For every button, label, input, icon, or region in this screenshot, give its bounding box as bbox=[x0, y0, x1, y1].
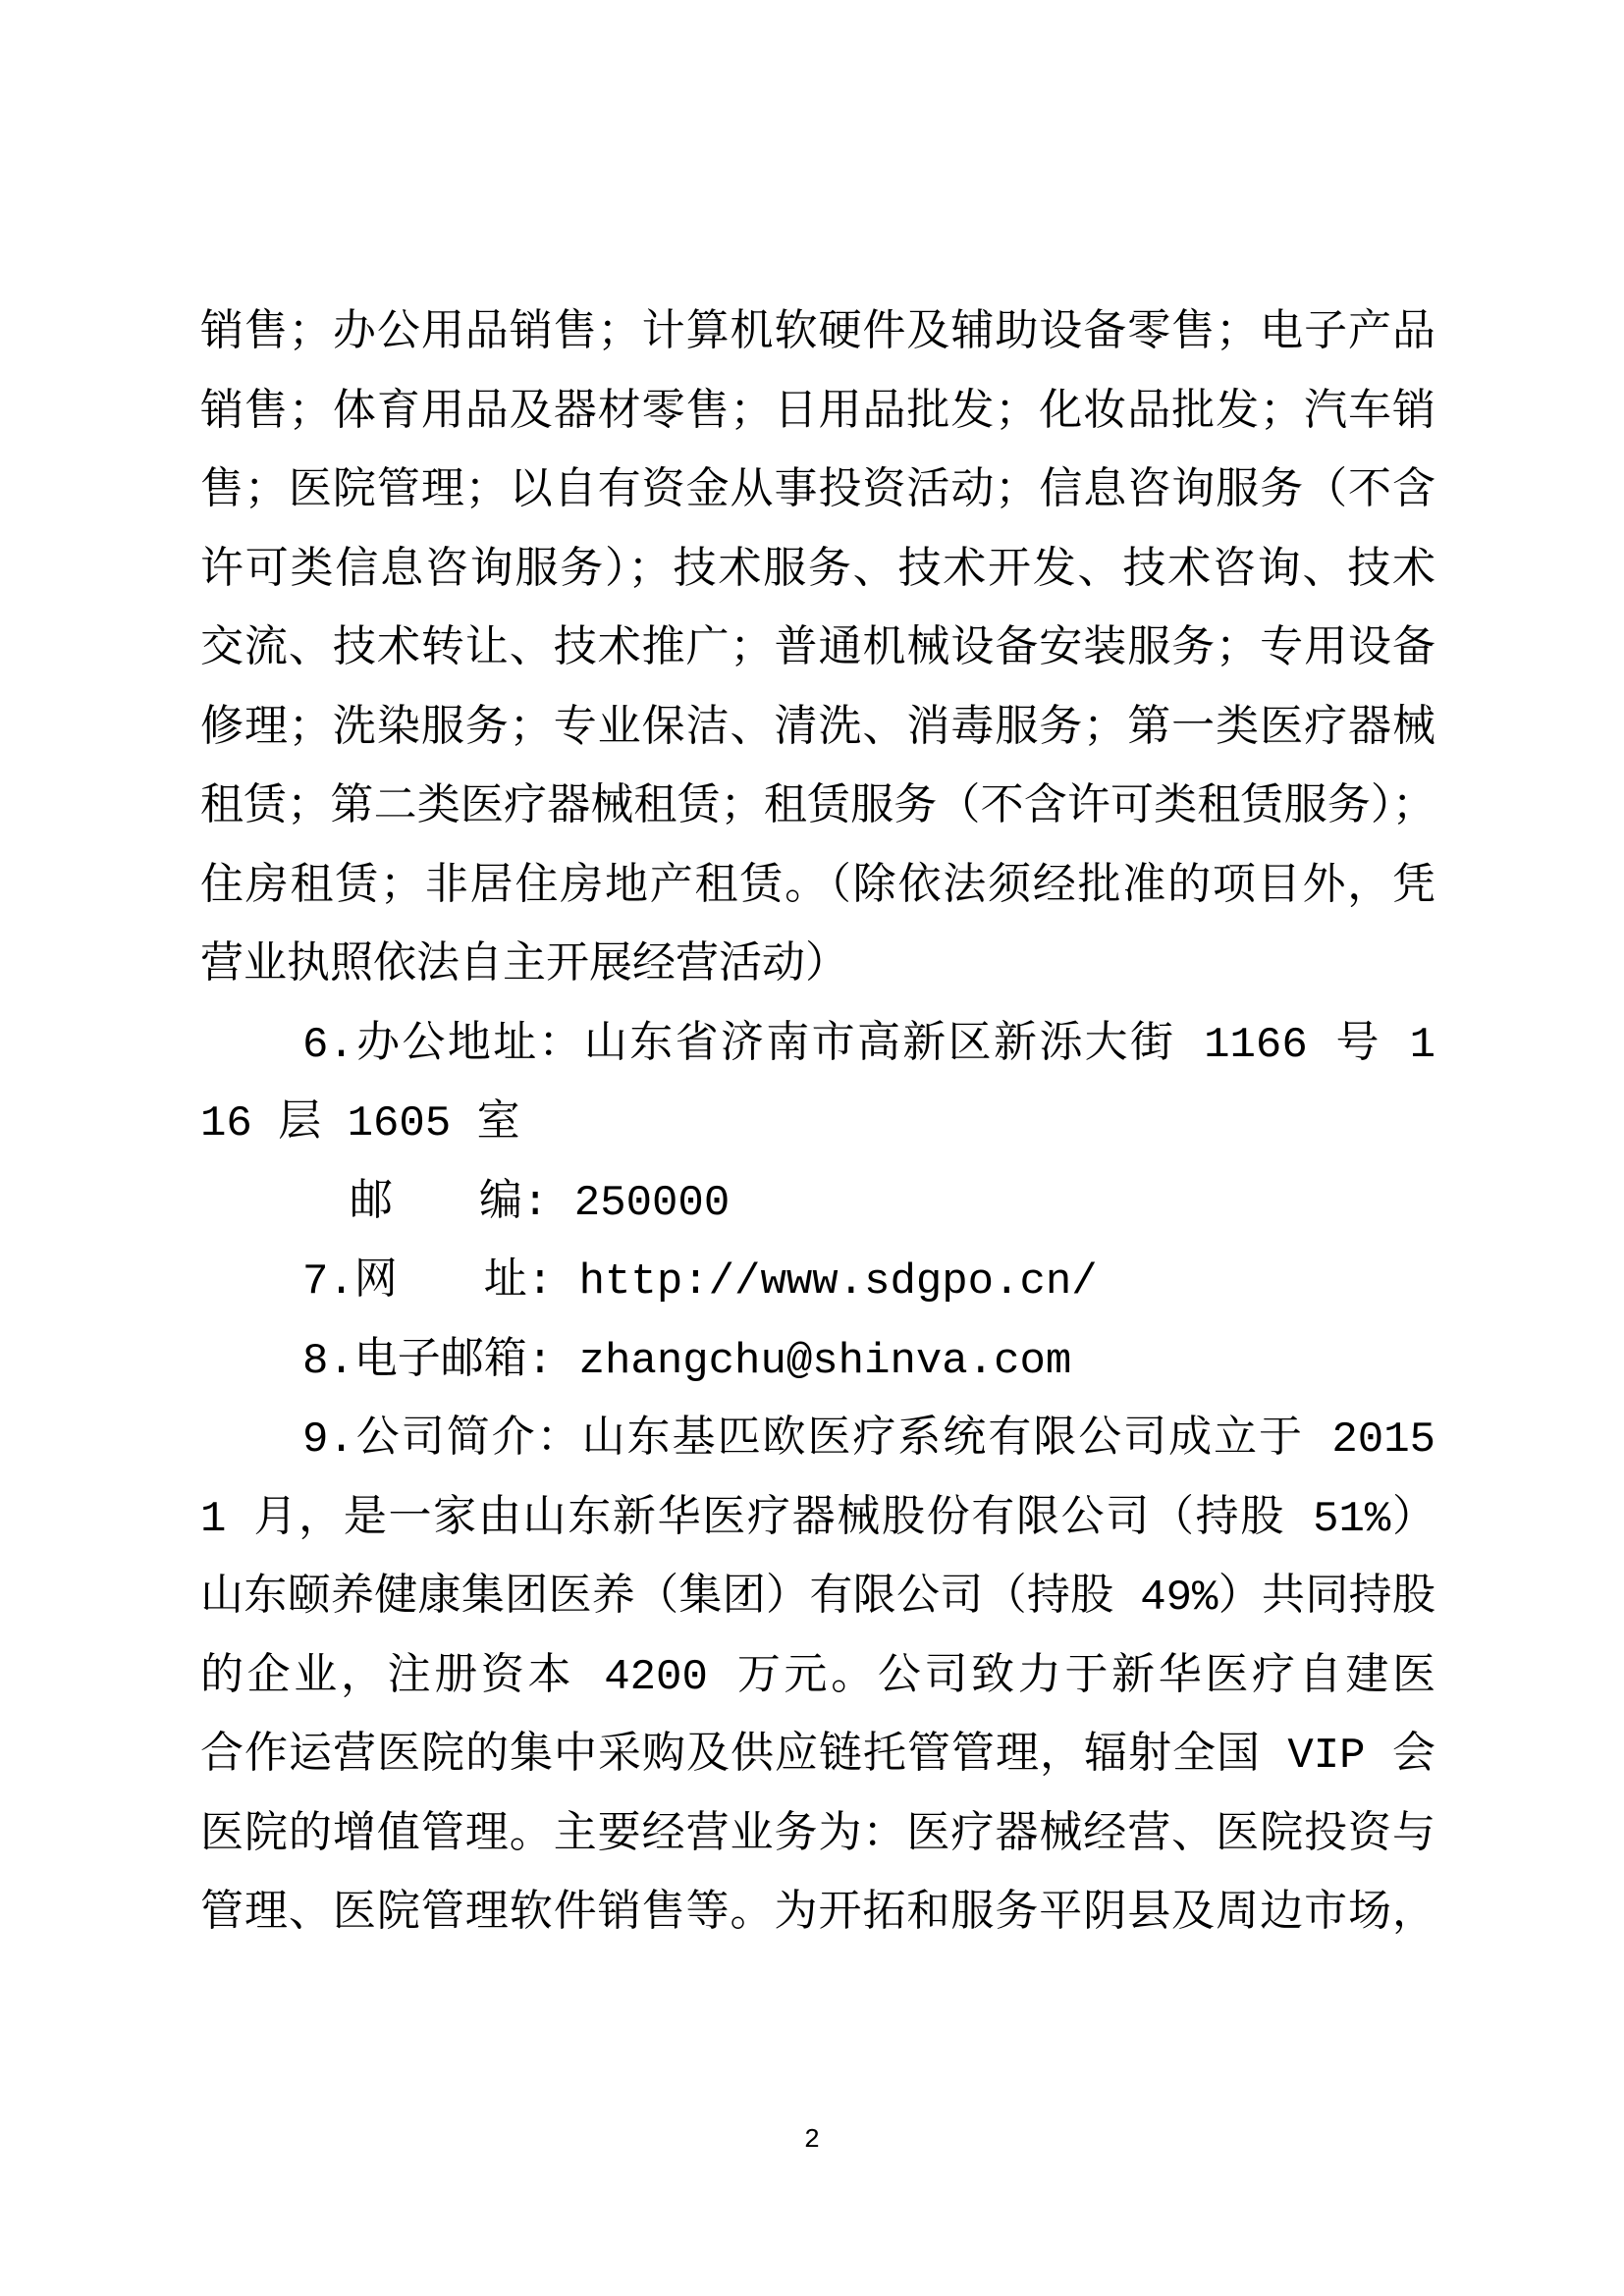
text-line: 交流、技术转让、技术推广；普通机械设备安装服务；专用设备 bbox=[200, 611, 1435, 690]
text-line: 合作运营医院的集中采购及供应链托管管理，辐射全国 VIP 会员 bbox=[200, 1717, 1435, 1796]
text-line: 修理；洗染服务；专业保洁、清洗、消毒服务；第一类医疗器械 bbox=[200, 690, 1435, 770]
text-line-office-address: 6.办公地址：山东省济南市高新区新泺大街 1166 号 1 号楼 bbox=[200, 1006, 1435, 1086]
text-line: 营业执照依法自主开展经营活动） bbox=[200, 927, 1435, 1006]
text-line-email: 8.电子邮箱: zhangchu@shinva.com bbox=[200, 1322, 1435, 1402]
text-line-company-intro: 9.公司简介：山东基匹欧医疗系统有限公司成立于 2015 年 bbox=[200, 1401, 1435, 1480]
text-line: 住房租赁；非居住房地产租赁。（除依法须经批准的项目外，凭 bbox=[200, 848, 1435, 928]
text-line-website: 7.网 址: http://www.sdgpo.cn/ bbox=[200, 1243, 1435, 1322]
text-line: 山东颐养健康集团医养（集团）有限公司（持股 49%）共同持股 bbox=[200, 1559, 1435, 1638]
page-number: 2 bbox=[0, 2126, 1624, 2156]
text-line: 的企业，注册资本 4200 万元。公司致力于新华医疗自建医院、 bbox=[200, 1638, 1435, 1718]
text-line: 许可类信息咨询服务）；技术服务、技术开发、技术咨询、技术 bbox=[200, 532, 1435, 612]
text-line: 管理、医院管理软件销售等。为开拓和服务平阴县及周边市场， bbox=[200, 1875, 1435, 1954]
document-body: 销售；办公用品销售；计算机软硬件及辅助设备零售；电子产品 销售；体育用品及器材零… bbox=[200, 294, 1435, 1954]
text-line-office-address-cont: 16 层 1605 室 bbox=[200, 1085, 1435, 1164]
text-line: 1 月，是一家由山东新华医疗器械股份有限公司（持股 51%）与 bbox=[200, 1480, 1435, 1560]
text-line: 销售；办公用品销售；计算机软硬件及辅助设备零售；电子产品 bbox=[200, 294, 1435, 374]
text-line-postal-code: 邮 编: 250000 bbox=[200, 1164, 1435, 1244]
text-line: 售；医院管理；以自有资金从事投资活动；信息咨询服务（不含 bbox=[200, 453, 1435, 532]
text-line: 租赁；第二类医疗器械租赁；租赁服务（不含许可类租赁服务）； bbox=[200, 769, 1435, 848]
text-line: 医院的增值管理。主要经营业务为：医疗器械经营、医院投资与 bbox=[200, 1796, 1435, 1876]
text-line: 销售；体育用品及器材零售；日用品批发；化妆品批发；汽车销 bbox=[200, 374, 1435, 454]
